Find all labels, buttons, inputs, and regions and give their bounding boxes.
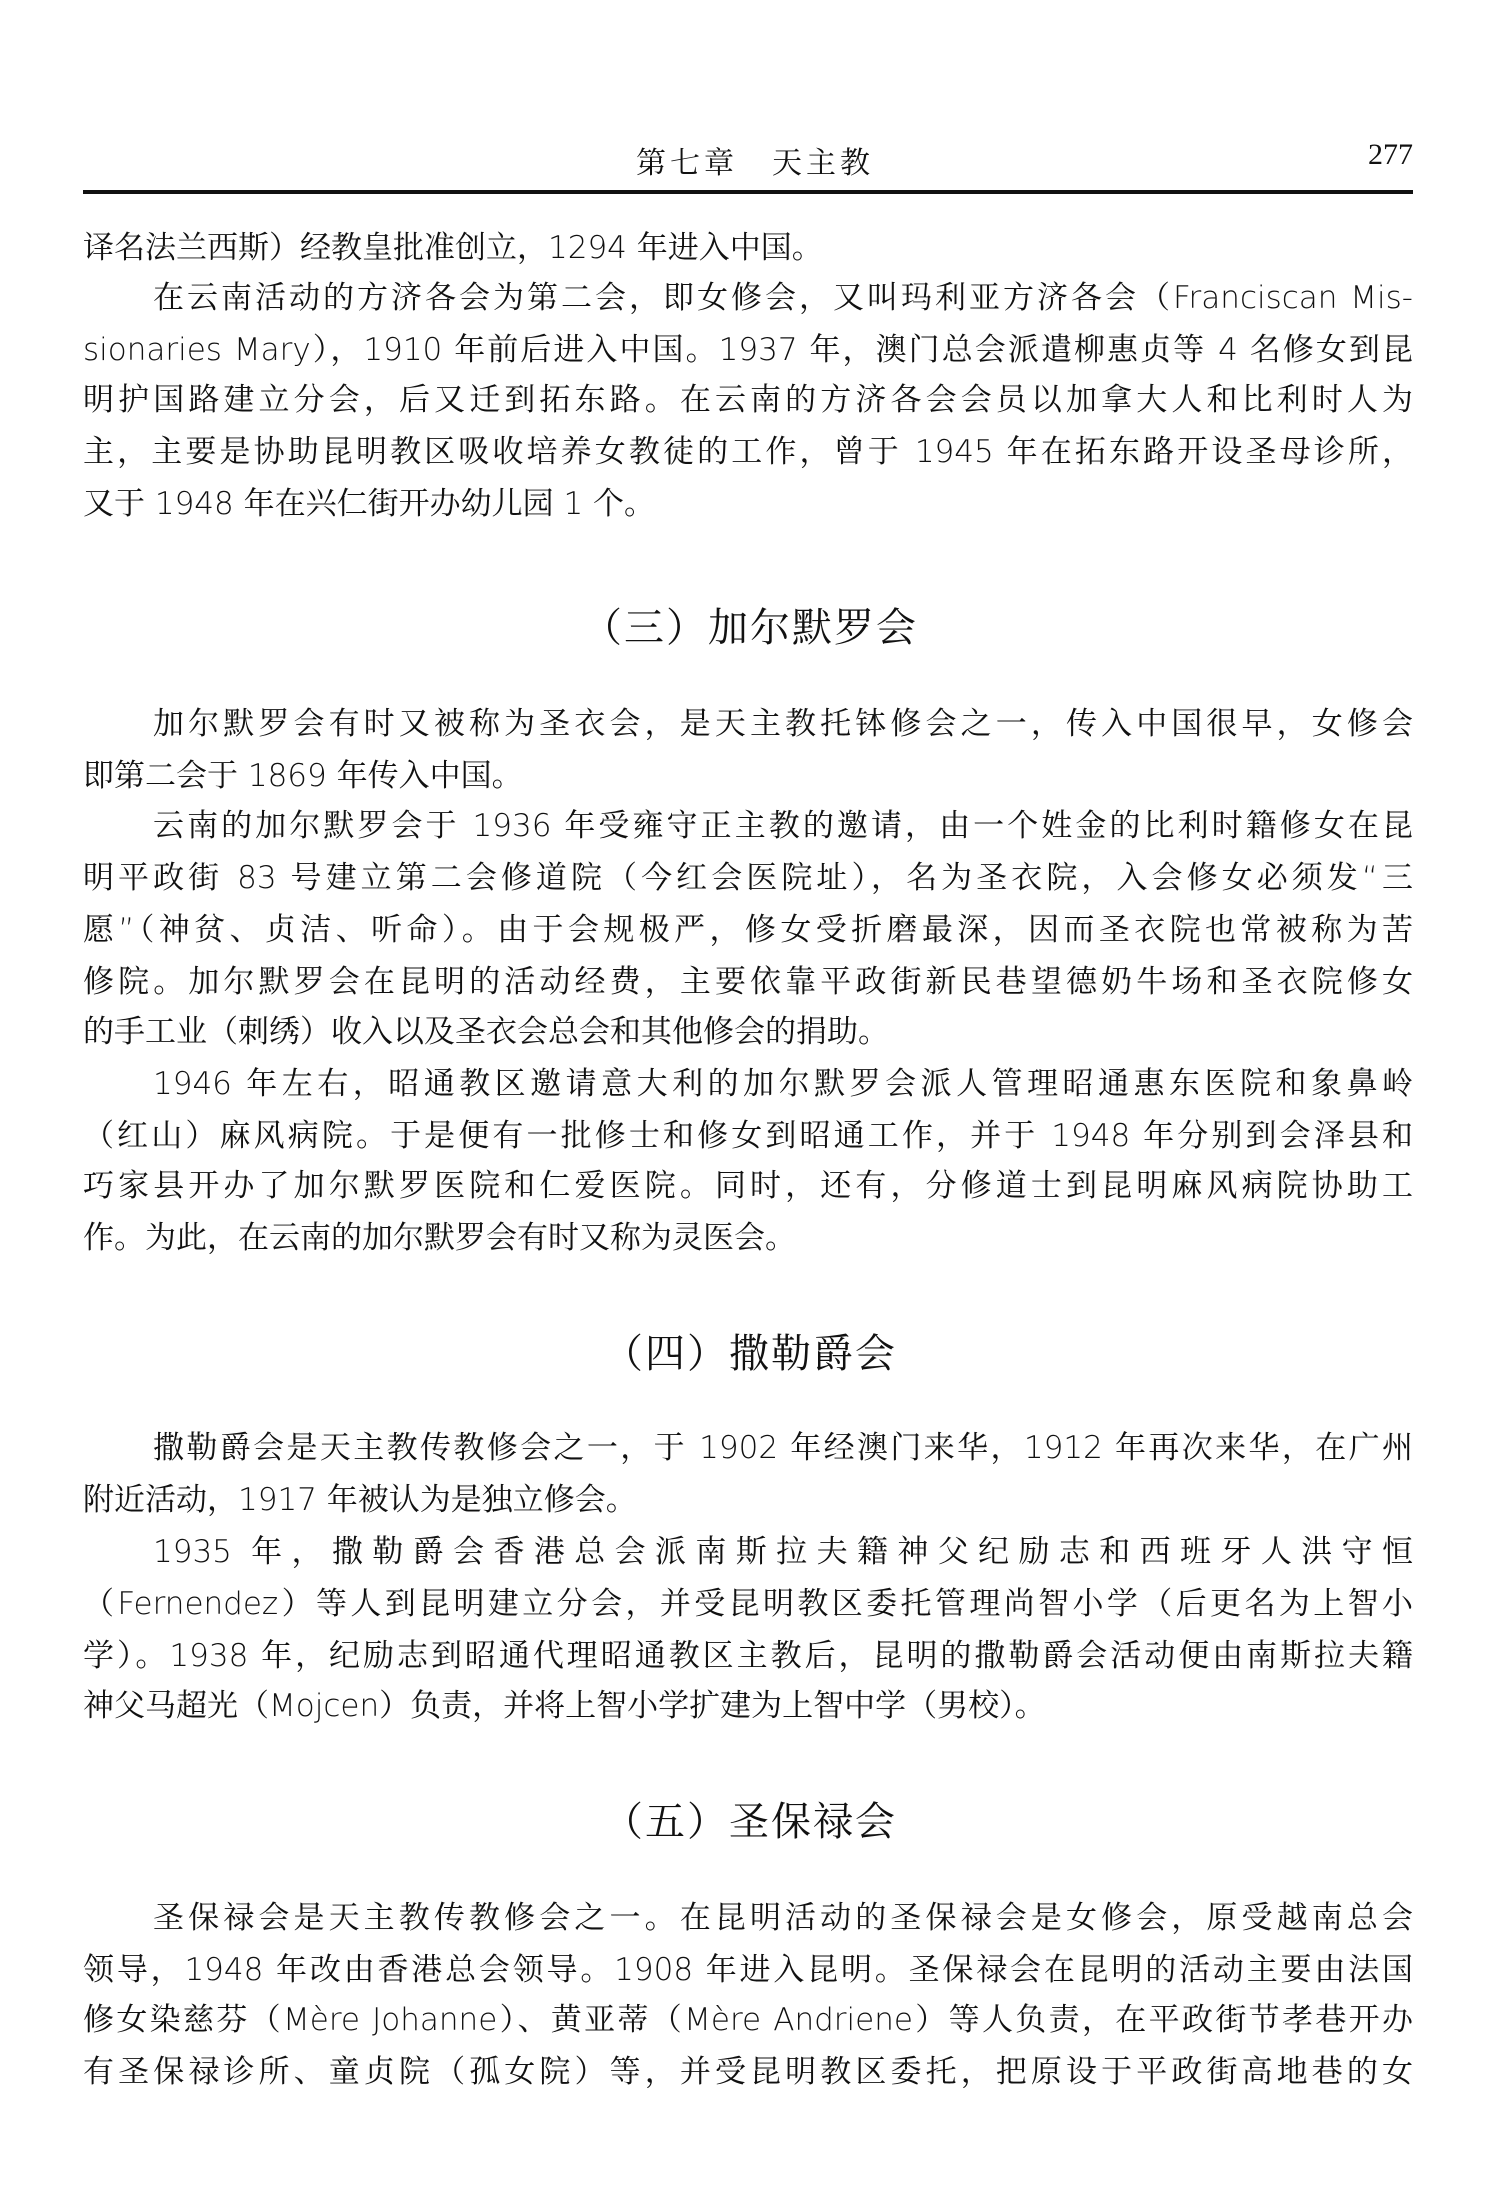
text-line: 又于 1948 年在兴仁街开办幼儿园 1 个。: [83, 484, 1413, 524]
page-number: 277: [1368, 138, 1413, 172]
text-line: 领导，1948 年改由香港总会领导。1908 年进入昆明。圣保禄会在昆明的活动主…: [83, 1950, 1413, 1990]
text-line: 学）。1938 年，纪励志到昭通代理昭通教区主教后，昆明的撒勒爵会活动便由南斯拉…: [83, 1636, 1413, 1676]
text-line: 附近活动，1917 年被认为是独立修会。: [83, 1480, 1413, 1520]
text-line: 译名法兰西斯）经教皇批准创立，1294 年进入中国。: [83, 228, 1413, 268]
text-line: （Fernendez）等人到昆明建立分会，并受昆明教区委托管理尚智小学（后更名为…: [83, 1584, 1413, 1624]
text-line: 的手工业（刺绣）收入以及圣衣会总会和其他修会的捐助。: [83, 1012, 1413, 1052]
text-line: 明护国路建立分会，后又迁到拓东路。在云南的方济各会会员以加拿大人和比利时人为: [83, 380, 1413, 420]
text-line: 修女染慈芬（Mère Johanne）、黄亚蒂（Mère Andriene）等人…: [83, 2000, 1413, 2040]
section-heading: （五）圣保禄会: [0, 1790, 1500, 1847]
text-line: 撒勒爵会是天主教传教修会之一，于 1902 年经澳门来华，1912 年再次来华，…: [153, 1428, 1413, 1468]
text-line: 圣保禄会是天主教传教修会之一。在昆明活动的圣保禄会是女修会，原受越南总会: [153, 1898, 1413, 1938]
text-line: 明平政街 83 号建立第二会修道院（今红会医院址），名为圣衣院，入会修女必须发“…: [83, 858, 1413, 898]
chapter-title: 第七章 天主教: [636, 138, 874, 182]
text-line: （红山）麻风病院。于是便有一批修士和修女到昭通工作，并于 1948 年分别到会泽…: [83, 1116, 1413, 1156]
text-line: 云南的加尔默罗会于 1936 年受雍守正主教的邀请，由一个姓金的比利时籍修女在昆: [153, 806, 1413, 846]
text-line: 在云南活动的方济各会为第二会，即女修会，又叫玛利亚方济各会（Franciscan…: [153, 278, 1413, 318]
text-line: 巧家县开办了加尔默罗医院和仁爱医院。同时，还有，分修道士到昆明麻风病院协助工: [83, 1166, 1413, 1206]
book-page: 第七章 天主教 277 译名法兰西斯）经教皇批准创立，1294 年进入中国。在云…: [0, 0, 1500, 2212]
section-heading: （三）加尔默罗会: [0, 596, 1500, 653]
text-line: 作。为此，在云南的加尔默罗会有时又称为灵医会。: [83, 1218, 1413, 1258]
text-line: 加尔默罗会有时又被称为圣衣会，是天主教托钵修会之一，传入中国很早，女修会: [153, 704, 1413, 744]
text-line: sionaries Mary），1910 年前后进入中国。1937 年，澳门总会…: [83, 330, 1413, 370]
text-line: 愿”（神贫、贞洁、听命）。由于会规极严，修女受折磨最深，因而圣衣院也常被称为苦: [83, 910, 1413, 950]
text-line: 1935 年，撒勒爵会香港总会派南斯拉夫籍神父纪励志和西班牙人洪守恒: [153, 1532, 1413, 1572]
section-heading: （四）撒勒爵会: [0, 1322, 1500, 1379]
text-line: 主，主要是协助昆明教区吸收培养女教徒的工作，曾于 1945 年在拓东路开设圣母诊…: [83, 432, 1413, 472]
text-line: 1946 年左右，昭通教区邀请意大利的加尔默罗会派人管理昭通惠东医院和象鼻岭: [153, 1064, 1413, 1104]
running-header: 第七章 天主教 277: [0, 138, 1500, 188]
header-rule: [83, 190, 1413, 194]
text-line: 即第二会于 1869 年传入中国。: [83, 756, 1413, 796]
text-line: 神父马超光（Mojcen）负责，并将上智小学扩建为上智中学（男校）。: [83, 1686, 1413, 1726]
text-line: 修院。加尔默罗会在昆明的活动经费，主要依靠平政街新民巷望德奶牛场和圣衣院修女: [83, 962, 1413, 1002]
text-line: 有圣保禄诊所、童贞院（孤女院）等，并受昆明教区委托，把原设于平政街高地巷的女: [83, 2052, 1413, 2092]
